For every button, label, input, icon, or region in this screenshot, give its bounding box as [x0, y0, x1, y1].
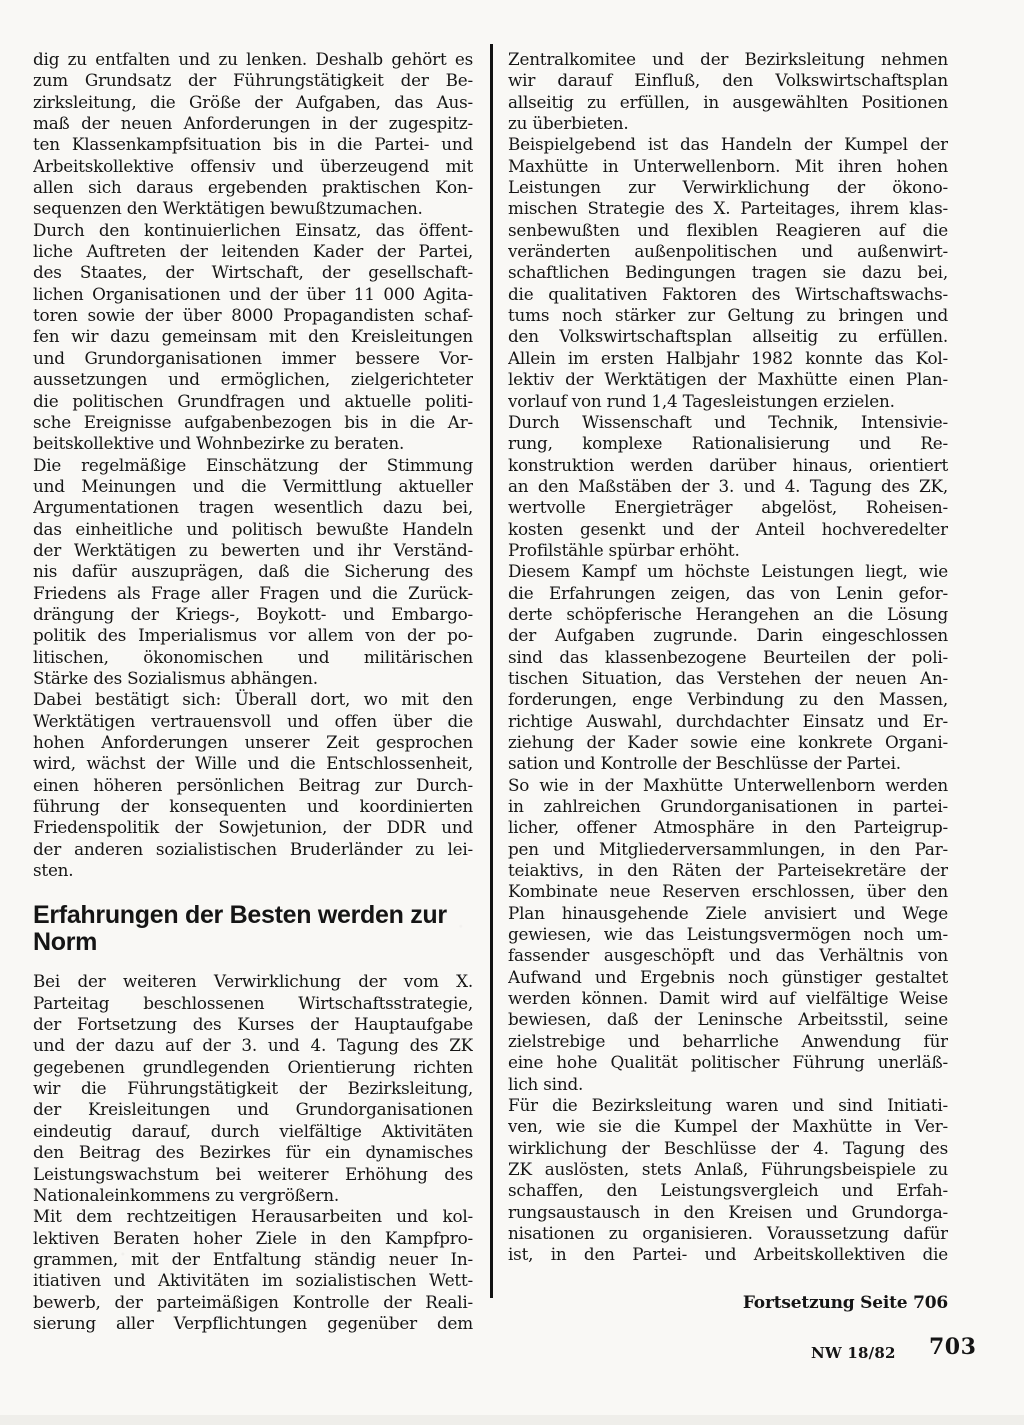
- text-line: lich sind.: [508, 1074, 948, 1095]
- text-line: litischen, ökonomischen und militärische…: [33, 647, 473, 668]
- text-line: Durch Wissenschaft und Technik, Intensiv…: [508, 412, 948, 433]
- text-line: schaftlichen Bedingungen tragen sie dazu…: [508, 262, 948, 283]
- text-line: hohen Anforderungen unserer Zeit gesproc…: [33, 732, 473, 753]
- scanned-journal-page: dig zu entfalten und zu lenken. Deshalb …: [0, 0, 1024, 1425]
- text-line: sten.: [33, 860, 473, 881]
- text-line: tums noch stärker zur Geltung zu bringen…: [508, 305, 948, 326]
- text-line: der Werktätigen zu bewerten und ihr Vers…: [33, 540, 473, 561]
- text-line: und der dazu auf der 3. und 4. Tagung de…: [33, 1035, 473, 1056]
- text-line: Leistungswachstum bei weiterer Erhöhung …: [33, 1164, 473, 1185]
- text-line: So wie in der Maxhütte Unterwellenborn w…: [508, 775, 948, 796]
- text-line: sierung aller Verpflichtungen gegenüber …: [33, 1313, 473, 1334]
- text-line: konstruktion werden darüber hinaus, orie…: [508, 455, 948, 476]
- paragraph: Diesem Kampf um höchste Leistungen liegt…: [508, 561, 948, 774]
- text-line: ten Klassenkampfsituation bis in die Par…: [33, 134, 473, 155]
- text-line: den Volkswirtschaftsplan allseitig zu er…: [508, 326, 948, 347]
- text-line: teiaktivs, in den Räten der Parteisekret…: [508, 860, 948, 881]
- text-line: Aufwand und Ergebnis noch günstiger gest…: [508, 967, 948, 988]
- text-line: tischen Situation, das Verstehen der neu…: [508, 668, 948, 689]
- text-line: drängung der Kriegs-, Boykott- und Embar…: [33, 604, 473, 625]
- text-line: rung, komplexe Rationalisierung und Re-: [508, 433, 948, 454]
- text-line: zu überbieten.: [508, 113, 948, 134]
- text-line: forderungen, enge Verbindung zu den Mass…: [508, 689, 948, 710]
- text-line: Zentralkomitee und der Bezirksleitung ne…: [508, 49, 948, 70]
- text-line: ven, wie sie die Kumpel der Maxhütte in …: [508, 1116, 948, 1137]
- text-line: lektiven Beraten hoher Ziele in den Kamp…: [33, 1228, 473, 1249]
- text-line: bewerb, der parteimäßigen Kontrolle der …: [33, 1292, 473, 1313]
- text-line: Allein im ersten Halbjahr 1982 konnte da…: [508, 348, 948, 369]
- paragraph: dig zu entfalten und zu lenken. Deshalb …: [33, 49, 473, 220]
- text-line: aussetzungen und ermöglichen, zielgerich…: [33, 369, 473, 390]
- text-line: gewiesen, wie das Leistungsvermögen noch…: [508, 924, 948, 945]
- text-line: und Meinungen und die Vermittlung aktuel…: [33, 476, 473, 497]
- right-text-column: Zentralkomitee und der Bezirksleitung ne…: [508, 49, 948, 1266]
- text-line: itiativen und Aktivitäten im sozialistis…: [33, 1270, 473, 1291]
- text-line: fassender ausgeschöpft und das Verhältni…: [508, 945, 948, 966]
- text-line: fen wir dazu gemeinsam mit den Kreisleit…: [33, 326, 473, 347]
- scan-edge-band: [0, 1415, 1024, 1425]
- text-line: grammen, mit der Entfaltung ständig neue…: [33, 1249, 473, 1270]
- text-line: Friedenspolitik der Sowjetunion, der DDR…: [33, 817, 473, 838]
- text-line: eindeutig darauf, durch vielfältige Akti…: [33, 1121, 473, 1142]
- text-line: mischen Strategie des X. Parteitages, ih…: [508, 198, 948, 219]
- text-line: licher, offener Atmosphäre in den Partei…: [508, 817, 948, 838]
- text-line: dig zu entfalten und zu lenken. Deshalb …: [33, 49, 473, 70]
- text-line: Die regelmäßige Einschätzung der Stimmun…: [33, 455, 473, 476]
- text-line: allseitig zu erfüllen, in ausgewählten P…: [508, 92, 948, 113]
- text-line: Nationaleinkommens zu vergrößern.: [33, 1185, 473, 1206]
- text-line: sind das klassenbezogene Beurteilen der …: [508, 647, 948, 668]
- text-line: eine hohe Qualität politischer Führung u…: [508, 1052, 948, 1073]
- text-line: wird, wächst der Wille und die Entschlos…: [33, 753, 473, 774]
- text-line: Profilstähle spürbar erhöht.: [508, 540, 948, 561]
- journal-issue-label: NW 18/82: [811, 1344, 896, 1362]
- text-line: des Staates, der Wirtschaft, der gesells…: [33, 262, 473, 283]
- text-line: wir darauf Einfluß, den Volkswirtschafts…: [508, 70, 948, 91]
- text-line: Maxhütte in Unterwellenborn. Mit ihren h…: [508, 156, 948, 177]
- text-line: die Erfahrungen zeigen, das von Lenin ge…: [508, 583, 948, 604]
- paragraph: Dabei bestätigt sich: Überall dort, wo m…: [33, 689, 473, 881]
- section-heading: Erfahrungen der Besten werden zur Norm: [33, 902, 473, 956]
- text-line: Beispielgebend ist das Handeln der Kumpe…: [508, 134, 948, 155]
- text-line: führung der konsequenten und koordiniert…: [33, 796, 473, 817]
- text-line: nis dafür auszuprägen, daß die Sicherung…: [33, 561, 473, 582]
- text-line: kosten gesenkt und der Anteil hochverede…: [508, 519, 948, 540]
- text-line: gegebenen grundlegenden Orientierung ric…: [33, 1057, 473, 1078]
- text-line: ist, in den Partei- und Arbeitskollektiv…: [508, 1244, 948, 1265]
- paragraph: Durch den kontinuierlichen Einsatz, das …: [33, 220, 473, 455]
- text-line: senbewußten und flexiblen Reagieren auf …: [508, 220, 948, 241]
- text-line: an den Maßstäben der 3. und 4. Tagung de…: [508, 476, 948, 497]
- text-line: Bei der weiteren Verwirklichung der vom …: [33, 971, 473, 992]
- text-line: der Fortsetzung des Kurses der Hauptaufg…: [33, 1014, 473, 1035]
- continuation-note: Fortsetzung Seite 706: [743, 1293, 948, 1313]
- text-line: zum Grundsatz der Führungstätigkeit der …: [33, 70, 473, 91]
- text-line: der Kreisleitungen und Grundorganisation…: [33, 1099, 473, 1120]
- paragraph: Zentralkomitee und der Bezirksleitung ne…: [508, 49, 948, 134]
- paragraph: Durch Wissenschaft und Technik, Intensiv…: [508, 412, 948, 561]
- text-line: Werktätigen vertrauensvoll und offen übe…: [33, 711, 473, 732]
- text-line: toren sowie der über 8000 Propagandisten…: [33, 305, 473, 326]
- text-line: Mit dem rechtzeitigen Herausarbeiten und…: [33, 1206, 473, 1227]
- text-line: einen höheren persönlichen Beitrag zur D…: [33, 775, 473, 796]
- paragraph: Bei der weiteren Verwirklichung der vom …: [33, 971, 473, 1206]
- text-line: wirklichung der Beschlüsse der 4. Tagung…: [508, 1138, 948, 1159]
- text-line: zielstrebige und beharrliche Anwendung f…: [508, 1031, 948, 1052]
- text-line: nisationen zu organisieren. Voraussetzun…: [508, 1223, 948, 1244]
- text-line: ziehung der Kader sowie eine konkrete Or…: [508, 732, 948, 753]
- paragraph: Die regelmäßige Einschätzung der Stimmun…: [33, 455, 473, 690]
- column-divider-rule: [490, 44, 493, 1298]
- left-text-column: dig zu entfalten und zu lenken. Deshalb …: [33, 49, 473, 1334]
- text-line: zirksleitung, die Größe der Aufgaben, da…: [33, 92, 473, 113]
- text-line: Stärke des Sozialismus abhängen.: [33, 668, 473, 689]
- page-number: 703: [929, 1334, 976, 1360]
- text-line: wertvolle Energieträger abgelöst, Roheis…: [508, 497, 948, 518]
- text-line: der Aufgaben zugrunde. Darin eingeschlos…: [508, 625, 948, 646]
- text-line: sche Ereignisse aufgabenbezogen bis in d…: [33, 412, 473, 433]
- paragraph: Beispielgebend ist das Handeln der Kumpe…: [508, 134, 948, 411]
- text-line: sequenzen den Werktätigen bewußtzumachen…: [33, 198, 473, 219]
- text-line: in zahlreichen Grundorganisationen in pa…: [508, 796, 948, 817]
- text-line: rungsaustausch in den Kreisen und Grundo…: [508, 1202, 948, 1223]
- paragraph: Mit dem rechtzeitigen Herausarbeiten und…: [33, 1206, 473, 1334]
- text-line: lichen Organisationen und der über 11 00…: [33, 284, 473, 305]
- text-line: Argumentationen tragen wesentlich dazu b…: [33, 497, 473, 518]
- text-line: Für die Bezirksleitung waren und sind In…: [508, 1095, 948, 1116]
- text-line: die politischen Grundfragen und aktuelle…: [33, 391, 473, 412]
- text-line: Diesem Kampf um höchste Leistungen liegt…: [508, 561, 948, 582]
- text-line: und Grundorganisationen immer bessere Vo…: [33, 348, 473, 369]
- text-line: der anderen sozialistischen Bruderländer…: [33, 839, 473, 860]
- text-line: schaffen, den Leistungsvergleich und Erf…: [508, 1180, 948, 1201]
- text-line: derte schöpferische Herangehen an die Lö…: [508, 604, 948, 625]
- text-line: politik des Imperialismus vor allem von …: [33, 625, 473, 646]
- text-line: Durch den kontinuierlichen Einsatz, das …: [33, 220, 473, 241]
- text-line: veränderten außenpolitischen und außenwi…: [508, 241, 948, 262]
- text-line: sation und Kontrolle der Beschlüsse der …: [508, 753, 948, 774]
- text-line: ZK auslösten, stets Anlaß, Führungsbeisp…: [508, 1159, 948, 1180]
- text-line: die qualitativen Faktoren des Wirtschaft…: [508, 284, 948, 305]
- text-line: Leistungen zur Verwirklichung der ökono-: [508, 177, 948, 198]
- text-line: beitskollektive und Wohnbezirke zu berat…: [33, 433, 473, 454]
- text-line: richtige Auswahl, durchdachter Einsatz u…: [508, 711, 948, 732]
- text-line: Dabei bestätigt sich: Überall dort, wo m…: [33, 689, 473, 710]
- text-line: Parteitag beschlossenen Wirtschaftsstrat…: [33, 993, 473, 1014]
- text-line: maß der neuen Anforderungen in der zuges…: [33, 113, 473, 134]
- text-line: liche Auftreten der leitenden Kader der …: [33, 241, 473, 262]
- text-line: Plan hinausgehende Ziele anvisiert und W…: [508, 903, 948, 924]
- text-line: allen sich daraus ergebenden praktischen…: [33, 177, 473, 198]
- text-line: Arbeitskollektive offensiv und überzeuge…: [33, 156, 473, 177]
- text-line: lektiv der Werktätigen der Maxhütte eine…: [508, 369, 948, 390]
- text-line: den Beitrag des Bezirkes für ein dynamis…: [33, 1142, 473, 1163]
- text-line: Friedens als Frage aller Fragen und die …: [33, 583, 473, 604]
- text-line: das einheitliche und politisch bewußte H…: [33, 519, 473, 540]
- paragraph: So wie in der Maxhütte Unterwellenborn w…: [508, 775, 948, 1095]
- text-line: pen und Mitgliederversammlungen, in den …: [508, 839, 948, 860]
- text-line: werden können. Damit wird auf vielfältig…: [508, 988, 948, 1009]
- text-line: bewiesen, daß der Leninsche Arbeitsstil,…: [508, 1009, 948, 1030]
- text-line: vorlauf von rund 1,4 Tagesleistungen erz…: [508, 391, 948, 412]
- text-line: wir die Führungstätigkeit der Bezirkslei…: [33, 1078, 473, 1099]
- paragraph: Für die Bezirksleitung waren und sind In…: [508, 1095, 948, 1266]
- text-line: Kombinate neue Reserven erschlossen, übe…: [508, 881, 948, 902]
